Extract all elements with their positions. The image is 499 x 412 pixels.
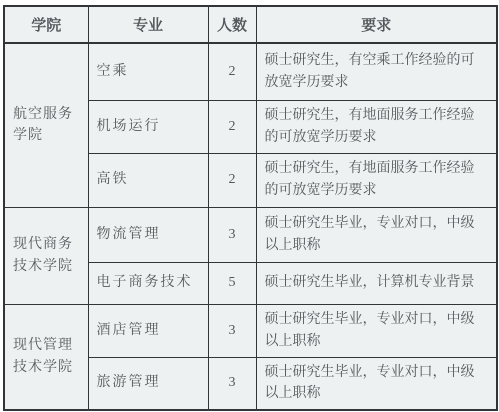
major-cell: 电子商务技术 (88, 262, 208, 304)
major-cell: 旅游管理 (88, 357, 208, 410)
table-row: 现代商务技术学院 物流管理 3 硕士研究生毕业，专业对口，中级以上职称 (4, 207, 497, 262)
requirement-cell: 硕士研究生，有空乘工作经验的可放宽学历要求 (256, 43, 497, 100)
requirement-cell: 硕士研究生，有地面服务工作经验的可放宽学历要求 (256, 153, 497, 207)
requirement-cell: 硕士研究生毕业，专业对口，中级以上职称 (256, 304, 497, 357)
table-row: 现代管理技术学院 酒店管理 3 硕士研究生毕业，专业对口，中级以上职称 (4, 304, 497, 357)
count-cell: 3 (208, 207, 256, 262)
college-cell: 航空服务学院 (4, 43, 88, 207)
major-cell: 物流管理 (88, 207, 208, 262)
col-header-college: 学院 (4, 6, 88, 43)
major-cell: 机场运行 (88, 100, 208, 153)
major-cell: 酒店管理 (88, 304, 208, 357)
requirement-cell: 硕士研究生，有地面服务工作经验的可放宽学历要求 (256, 100, 497, 153)
count-cell: 3 (208, 357, 256, 410)
count-cell: 5 (208, 262, 256, 304)
page: 学院 专业 人数 要求 航空服务学院 空乘 2 硕士研究生，有空乘工作经验的可放… (0, 0, 499, 412)
header-row: 学院 专业 人数 要求 (4, 6, 497, 43)
col-header-requirement: 要求 (256, 6, 497, 43)
requirement-cell: 硕士研究生毕业，计算机专业背景 (256, 262, 497, 304)
count-cell: 3 (208, 304, 256, 357)
college-cell: 现代管理技术学院 (4, 304, 88, 410)
recruitment-table: 学院 专业 人数 要求 航空服务学院 空乘 2 硕士研究生，有空乘工作经验的可放… (3, 5, 498, 411)
count-cell: 2 (208, 100, 256, 153)
col-header-count: 人数 (208, 6, 256, 43)
col-header-major: 专业 (88, 6, 208, 43)
college-cell: 现代商务技术学院 (4, 207, 88, 304)
major-cell: 空乘 (88, 43, 208, 100)
requirement-cell: 硕士研究生毕业，专业对口，中级以上职称 (256, 207, 497, 262)
count-cell: 2 (208, 43, 256, 100)
major-cell: 高铁 (88, 153, 208, 207)
count-cell: 2 (208, 153, 256, 207)
requirement-cell: 硕士研究生毕业，专业对口，中级以上职称 (256, 357, 497, 410)
table-row: 航空服务学院 空乘 2 硕士研究生，有空乘工作经验的可放宽学历要求 (4, 43, 497, 100)
